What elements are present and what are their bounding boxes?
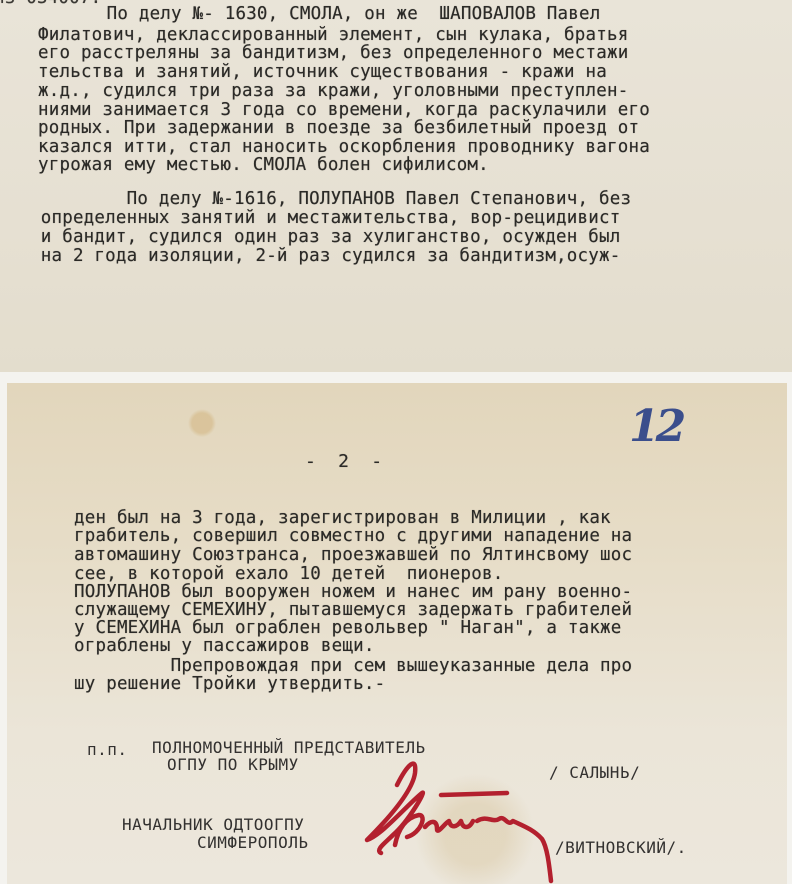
text-line: определенных занятий и местажительства, … xyxy=(30,210,620,228)
text-line: ограблены у пассажиров вещи. xyxy=(74,638,375,656)
signatory-title: СИМФЕРОПОЛЬ xyxy=(197,833,308,852)
text-line: Филатович, деклассированный элемент, сын… xyxy=(38,27,628,45)
text-line: родных. При задержании в поезде за безби… xyxy=(38,120,639,138)
text-line: По делу №- 1630, СМОЛА, он же ШАПОВАЛОВ … xyxy=(10,6,600,24)
text-line: Препровождая при сем вышеуказанные дела … xyxy=(74,658,632,676)
text-line: и бандит, судился один раз за хулиганств… xyxy=(30,229,620,247)
text-line: тельства и занятий, источник существован… xyxy=(38,64,607,82)
text-line: сее, в которой ехало 10 детей пионеров. xyxy=(74,566,503,584)
document-page-2: - 2 - 12 ден был на 3 года, зарегистриро… xyxy=(7,383,787,884)
text-line: грабитель, совершил совместно с другими … xyxy=(74,528,632,546)
text-line: угрожая ему местью. СМОЛА болен сифилисо… xyxy=(38,157,489,175)
text-line: автомашину Союзтранса, проезжавшей по Ял… xyxy=(74,547,632,565)
text-line: его расстреляны за бандитизм, без опреде… xyxy=(38,45,628,63)
page-number: - 2 - xyxy=(305,453,382,471)
text-line: ПОЛУПАНОВ был вооружен ножем и нанес им … xyxy=(74,584,632,602)
document-page-1: из 034007. По делу №- 1630, СМОЛА, он же… xyxy=(0,0,792,372)
text-line: ден был на 3 года, зарегистрирован в Мил… xyxy=(74,510,611,528)
text-line: ж.д., судился три раза за кражи, уголовн… xyxy=(38,83,628,101)
text-line: у СЕМЕХИНА был ограблен револьвер " Нага… xyxy=(74,620,622,638)
signature-prefix: п.п. xyxy=(87,740,128,759)
text-line: шу решение Тройки утвердить.- xyxy=(74,676,385,694)
text-line: По делу №-1616, ПОЛУПАНОВ Павел Степанов… xyxy=(30,191,631,209)
signatory-title: НАЧАЛЬНИК ОДТООГПУ xyxy=(122,815,304,834)
handwritten-sheet-number: 12 xyxy=(629,401,682,452)
text-line: казался итти, стал наносить оскорбления … xyxy=(38,139,650,157)
text-line: ниями занимается 3 года со времени, когд… xyxy=(38,102,650,120)
red-handwritten-signature xyxy=(337,755,577,884)
text-line: на 2 года изоляции, 2-й раз судился за б… xyxy=(30,248,620,266)
text-line: служащему СЕМЕХИНУ, пытавшемуся задержат… xyxy=(74,602,632,620)
signatory-title: ОГПУ ПО КРЫМУ xyxy=(167,755,299,774)
